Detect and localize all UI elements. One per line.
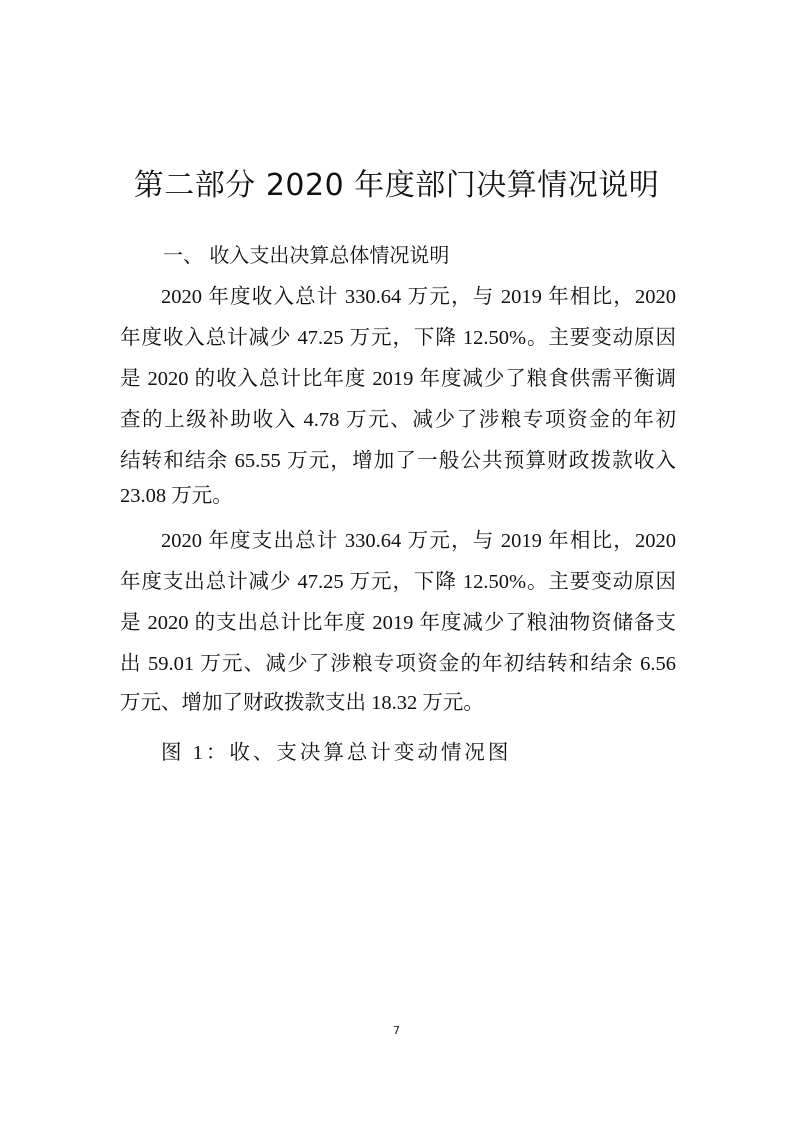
paragraph-line: 2020 年度收入总计 330.64 万元，与 2019 年相比，2020 — [161, 282, 676, 312]
paragraph-line: 23.08 万元。 — [120, 481, 676, 511]
paragraph-line: 查的上级补助收入 4.78 万元、减少了涉粮专项资金的年初 — [120, 405, 676, 435]
section-heading: 一、 收入支出决算总体情况说明 — [163, 240, 449, 270]
paragraph-line: 2020 年度支出总计 330.64 万元，与 2019 年相比，2020 — [161, 526, 676, 556]
paragraph-line: 年度收入总计减少 47.25 万元，下降 12.50%。主要变动原因 — [120, 323, 676, 353]
paragraph-line: 是 2020 的支出总计比年度 2019 年度减少了粮油物资储备支 — [120, 608, 676, 638]
paragraph-line: 万元、增加了财政拨款支出 18.32 万元。 — [120, 688, 676, 718]
document-page: 第二部分 2020 年度部门决算情况说明 一、 收入支出决算总体情况说明 202… — [0, 0, 793, 1122]
paragraph-line: 结转和结余 65.55 万元，增加了一般公共预算财政拨款收入 — [120, 446, 676, 476]
paragraph-line: 年度支出总计减少 47.25 万元，下降 12.50%。主要变动原因 — [120, 567, 676, 597]
paragraph-line: 是 2020 的收入总计比年度 2019 年度减少了粮食供需平衡调 — [120, 364, 676, 394]
paragraph-line: 出 59.01 万元、减少了涉粮专项资金的年初结转和结余 6.56 — [120, 649, 676, 679]
page-number: 7 — [0, 1024, 793, 1037]
figure-caption: 图 1：收、支决算总计变动情况图 — [161, 738, 511, 768]
page-title: 第二部分 2020 年度部门决算情况说明 — [0, 166, 793, 206]
